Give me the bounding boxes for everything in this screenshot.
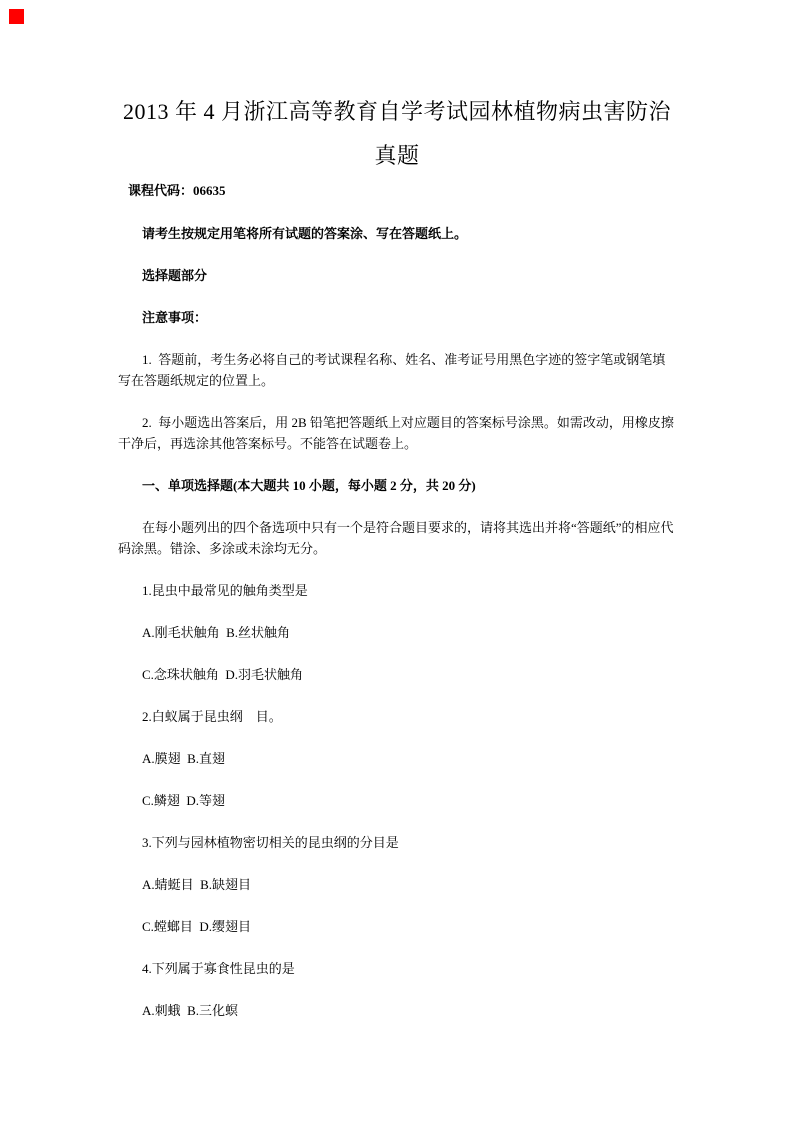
question-3-stem: 3.下列与园林植物密切相关的昆虫纲的分目是 [118, 832, 676, 853]
note-1: 1. 答题前，考生务必将自己的考试课程名称、姓名、准考证号用黑色字迹的签字笔或钢… [118, 349, 676, 391]
red-square-marker [9, 9, 24, 24]
document-content: 2013 年 4 月浙江高等教育自学考试园林植物病虫害防治真题 课程代码：066… [0, 0, 794, 1021]
question-1-stem: 1.昆虫中最常见的触角类型是 [118, 580, 676, 601]
question-4-options-ab: A.刺蛾 B.三化螟 [118, 1000, 676, 1021]
page-title: 2013 年 4 月浙江高等教育自学考试园林植物病虫害防治真题 [118, 90, 676, 178]
question-4-stem: 4.下列属于寡食性昆虫的是 [118, 958, 676, 979]
question-2-options-cd: C.鳞翅 D.等翅 [118, 790, 676, 811]
question-3-options-ab: A.蜻蜓目 B.缺翅目 [118, 874, 676, 895]
question-3-options-cd: C.螳螂目 D.缨翅目 [118, 916, 676, 937]
part1-heading: 一、单项选择题(本大题共 10 小题，每小题 2 分，共 20 分) [118, 475, 676, 496]
document-page: 2013 年 4 月浙江高等教育自学考试园林植物病虫害防治真题 课程代码：066… [0, 0, 794, 1123]
question-2-options-ab: A.膜翅 B.直翅 [118, 748, 676, 769]
question-1-options-ab: A.刚毛状触角 B.丝状触角 [118, 622, 676, 643]
part1-instruction: 在每小题列出的四个备选项中只有一个是符合题目要求的，请将其选出并将“答题纸”的相… [118, 517, 676, 559]
attention-label: 注意事项： [118, 307, 676, 328]
question-2-stem: 2.白蚁属于昆虫纲 目。 [118, 706, 676, 727]
question-1-options-cd: C.念珠状触角 D.羽毛状触角 [118, 664, 676, 685]
note-2: 2. 每小题选出答案后，用 2B 铅笔把答题纸上对应题目的答案标号涂黑。如需改动… [118, 412, 676, 454]
course-code: 课程代码：06635 [128, 180, 676, 201]
exam-notice: 请考生按规定用笔将所有试题的答案涂、写在答题纸上。 [118, 223, 676, 244]
section-label: 选择题部分 [118, 265, 676, 286]
